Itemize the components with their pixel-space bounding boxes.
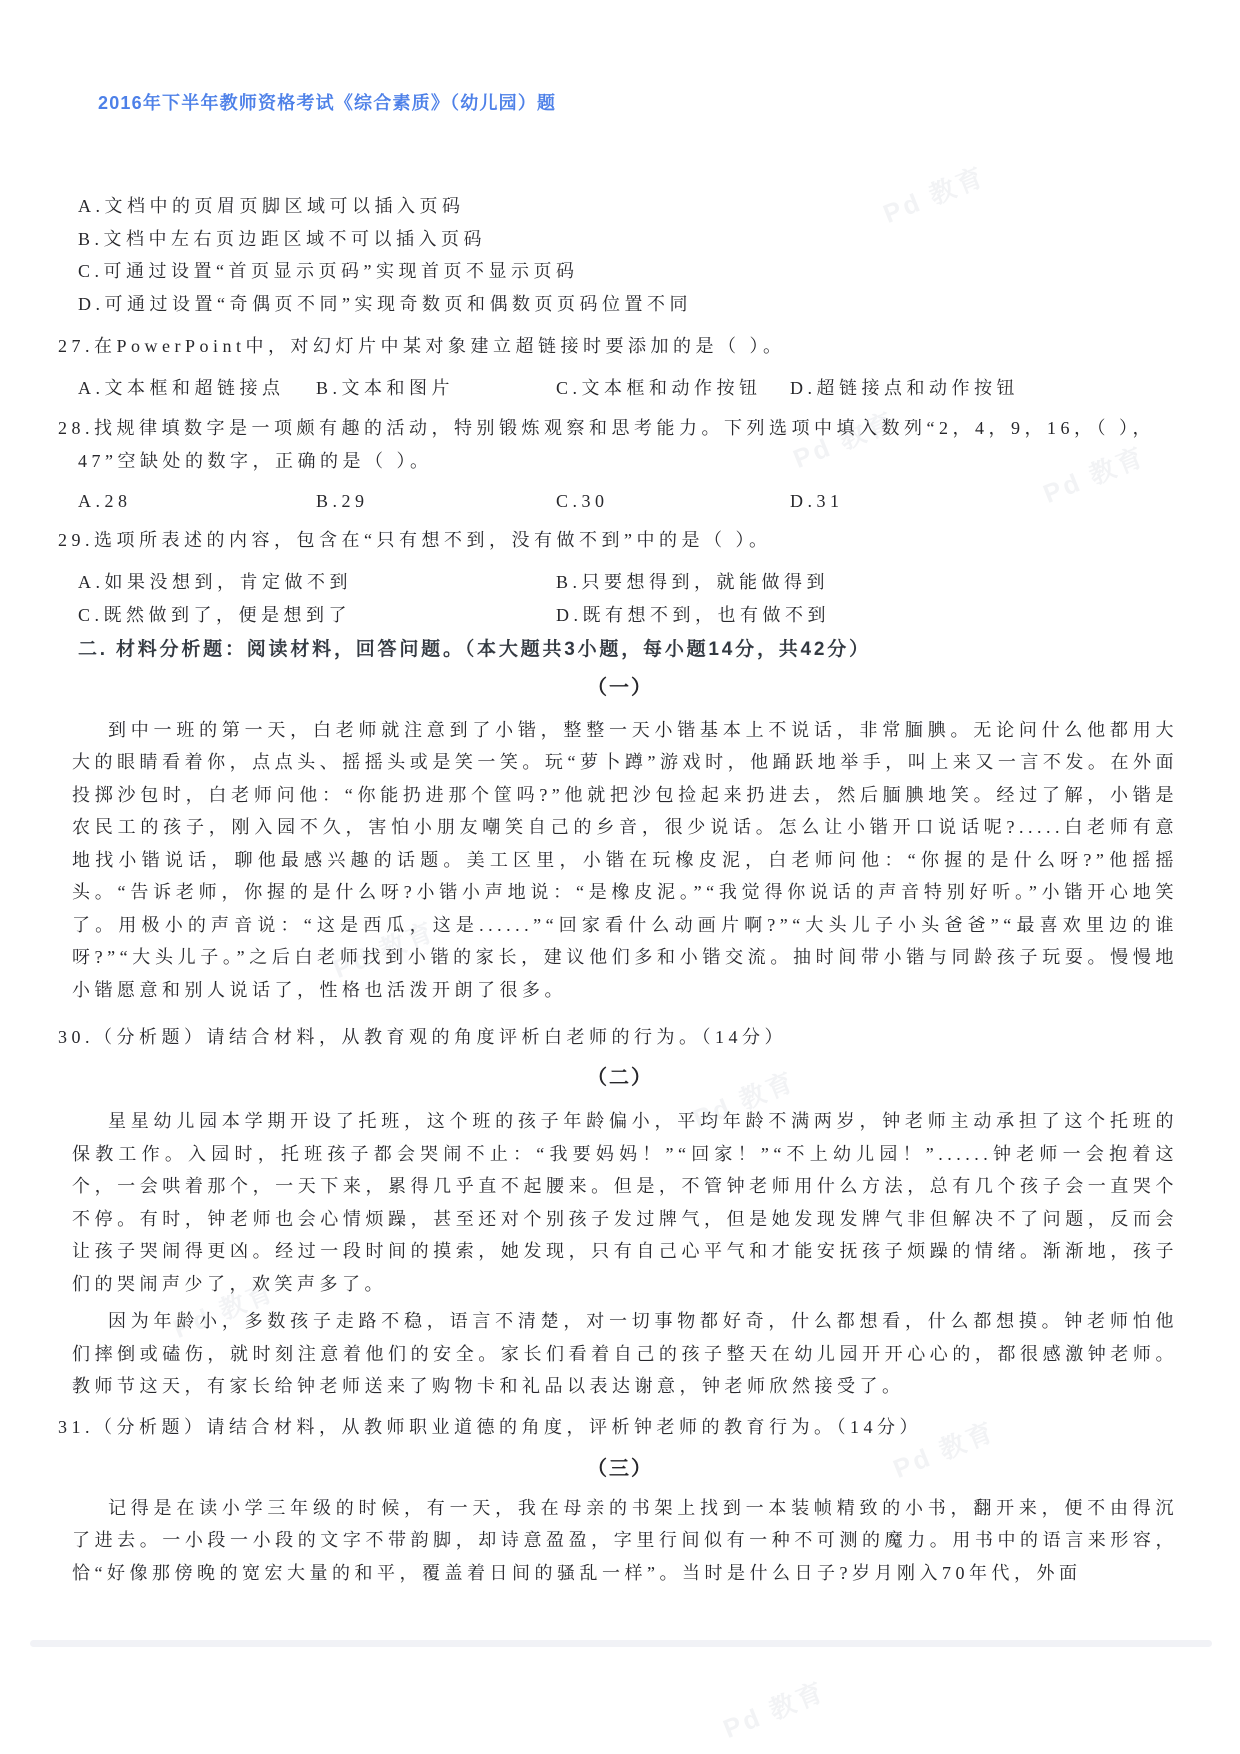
option-c: C.既然做到了，便是想到了 (78, 599, 556, 632)
option-d: D.既有想不到，也有做不到 (556, 599, 1182, 632)
exam-document-page: Pd 教育 Pd 教育 Pd 教育 Pd 教育 Pd 教育 Pd 教育 Pd 教… (0, 0, 1240, 1754)
document-content: 2016年下半年教师资格考试《综合素质》（幼儿园）题 A.文档中的页眉页脚区域可… (0, 0, 1240, 1589)
option-c: C.30 (556, 485, 790, 518)
page-title: 2016年下半年教师资格考试《综合素质》（幼儿园）题 (58, 0, 1182, 116)
material-2-paragraph-1: 星星幼儿园本学期开设了托班，这个班的孩子年龄偏小，平均年龄不满两岁，钟老师主动承… (72, 1105, 1178, 1300)
question-28-options: A.28 B.29 C.30 D.31 (78, 485, 1182, 518)
option-a: A.如果没想到，肯定做不到 (78, 566, 556, 599)
question-26-options: A.文档中的页眉页脚区域可以插入页码 B.文档中左右页边距区域不可以插入页码 C… (78, 190, 1182, 320)
material-2-label: （二） (58, 1062, 1182, 1095)
material-3-paragraph: 记得是在读小学三年级的时候，有一天，我在母亲的书架上找到一本装帧精致的小书，翻开… (72, 1492, 1178, 1590)
option-c: C.可通过设置“首页显示页码”实现首页不显示页码 (78, 255, 1182, 288)
question-30: 30.（分析题）请结合材料，从教育观的角度评析白老师的行为。（14分） (58, 1021, 1182, 1054)
material-1-label: （一） (58, 672, 1182, 705)
option-b: B.文档中左右页边距区域不可以插入页码 (78, 223, 1182, 256)
question-28-stem: 28.找规律填数字是一项颇有趣的活动，特别锻炼观察和思考能力。下列选项中填入数列… (58, 412, 1180, 477)
question-31: 31.（分析题）请结合材料，从教师职业道德的角度，评析钟老师的教育行为。（14分… (58, 1411, 1182, 1444)
option-d: D.可通过设置“奇偶页不同”实现奇数页和偶数页页码位置不同 (78, 288, 1182, 321)
question-27-options: A.文本框和超链接点 B.文本和图片 C.文本框和动作按钮 D.超链接点和动作按… (78, 372, 1182, 405)
option-b: B.文本和图片 (316, 372, 556, 405)
option-b: B.只要想得到，就能做得到 (556, 566, 1182, 599)
material-2-paragraph-2: 因为年龄小，多数孩子走路不稳，语言不清楚，对一切事物都好奇，什么都想看，什么都想… (72, 1305, 1178, 1403)
section-2-header: 二. 材料分析题：阅读材料，回答问题。（本大题共3小题，每小题14分，共42分） (78, 634, 1182, 666)
option-c: C.文本框和动作按钮 (556, 372, 790, 405)
option-a: A.28 (78, 485, 316, 518)
question-27-stem: 27.在PowerPoint中，对幻灯片中某对象建立超链接时要添加的是（ ）。 (58, 330, 1180, 363)
option-a: A.文档中的页眉页脚区域可以插入页码 (78, 190, 1182, 223)
option-d: D.31 (790, 485, 1182, 518)
page-divider (30, 1640, 1212, 1647)
option-d: D.超链接点和动作按钮 (790, 372, 1182, 405)
option-a: A.文本框和超链接点 (78, 372, 316, 405)
option-b: B.29 (316, 485, 556, 518)
watermark: Pd 教育 (717, 1671, 830, 1746)
question-29-stem: 29.选项所表述的内容，包含在“只有想不到，没有做不到”中的是（ ）。 (58, 524, 1180, 557)
material-1-paragraph: 到中一班的第一天，白老师就注意到了小锴，整整一天小锴基本上不说话，非常腼腆。无论… (72, 714, 1178, 1007)
material-3-label: （三） (58, 1453, 1182, 1486)
question-29-options: A.如果没想到，肯定做不到 B.只要想得到，就能做得到 C.既然做到了，便是想到… (78, 566, 1182, 631)
